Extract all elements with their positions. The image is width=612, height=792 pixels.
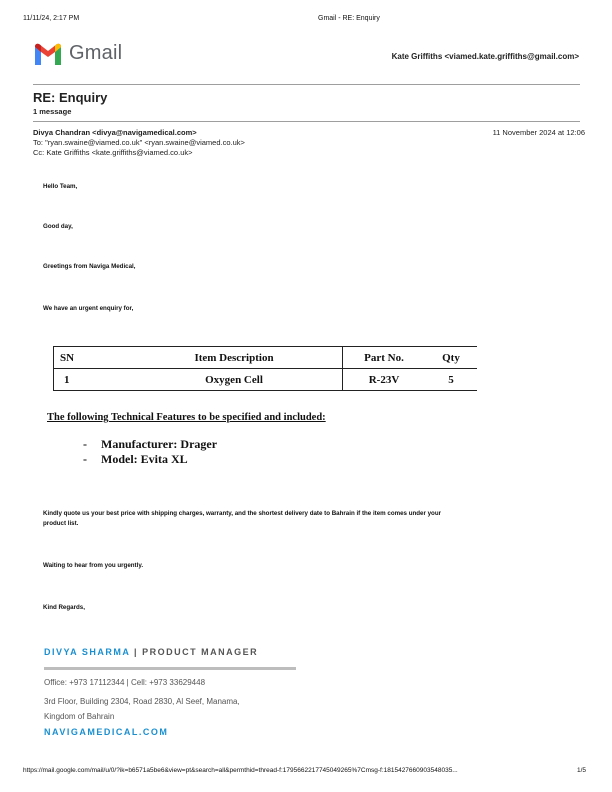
table-header-row: SN Item Description Part No. Qty [54,347,478,369]
message-count: 1 message [33,107,71,116]
header-sn: SN [54,347,127,369]
thread-subject: RE: Enquiry [33,90,107,105]
header-qty: Qty [425,347,477,369]
print-url: https://mail.google.com/mail/u/0/?ik=b65… [23,767,563,774]
cell-description: Oxygen Cell [126,369,343,391]
recipients-cc: Cc: Kate Griffiths <kate.griffiths@viame… [33,148,245,158]
print-page-number: 1/5 [577,767,586,774]
waiting-line: Waiting to hear from you urgently. [43,562,143,569]
table-row: 1 Oxygen Cell R-23V 5 [54,369,478,391]
signature-role: PRODUCT MANAGER [142,647,258,657]
recipients-to: To: "ryan.swaine@viamed.co.uk" <ryan.swa… [33,138,245,148]
greeting: Hello Team, [43,183,77,190]
greetings-from: Greetings from Naviga Medical, [43,263,136,270]
list-item: -Model: Evita XL [83,452,217,467]
list-item: -Manufacturer: Drager [83,437,217,452]
closing: Kind Regards, [43,604,85,611]
divider [33,121,580,122]
cell-part-no: R-23V [343,369,426,391]
signature-name-line: DIVYA SHARMA | PRODUCT MANAGER [44,647,258,657]
signature-address-1: 3rd Floor, Building 2304, Road 2830, Al … [44,697,240,706]
print-datetime: 11/11/24, 2:17 PM [23,15,79,22]
header-description: Item Description [126,347,343,369]
message-header: Divya Chandran <divya@navigamedical.com>… [33,128,245,158]
signature-website-link[interactable]: NAVIGAMEDICAL.COM [44,727,168,737]
signature-phones: Office: +973 17112344 | Cell: +973 33629… [44,678,205,687]
sender: Divya Chandran <divya@navigamedical.com> [33,128,245,138]
cell-qty: 5 [425,369,477,391]
gmail-logo-text: Gmail [69,42,122,65]
items-table: SN Item Description Part No. Qty 1 Oxyge… [53,346,477,391]
signature-name: DIVYA SHARMA [44,647,130,657]
divider [33,84,580,85]
tech-features-title: The following Technical Features to be s… [47,412,326,423]
cell-sn: 1 [54,369,127,391]
gmail-m-icon [33,43,63,65]
gmail-logo: Gmail [33,42,122,65]
request-line-2: product list. [43,520,78,527]
header-part-no: Part No. [343,347,426,369]
signature-divider [44,667,296,670]
signature-address-2: Kingdom of Bahrain [44,712,114,721]
signature-separator: | [134,647,138,657]
request-line-1: Kindly quote us your best price with shi… [43,510,441,517]
message-date: 11 November 2024 at 12:06 [493,128,585,137]
enquiry-intro: We have an urgent enquiry for, [43,305,133,312]
features-list: -Manufacturer: Drager -Model: Evita XL [83,437,217,467]
good-day: Good day, [43,223,73,230]
print-page-title: Gmail - RE: Enquiry [318,15,380,22]
account-identity: Kate Griffiths <viamed.kate.griffiths@gm… [392,52,579,61]
